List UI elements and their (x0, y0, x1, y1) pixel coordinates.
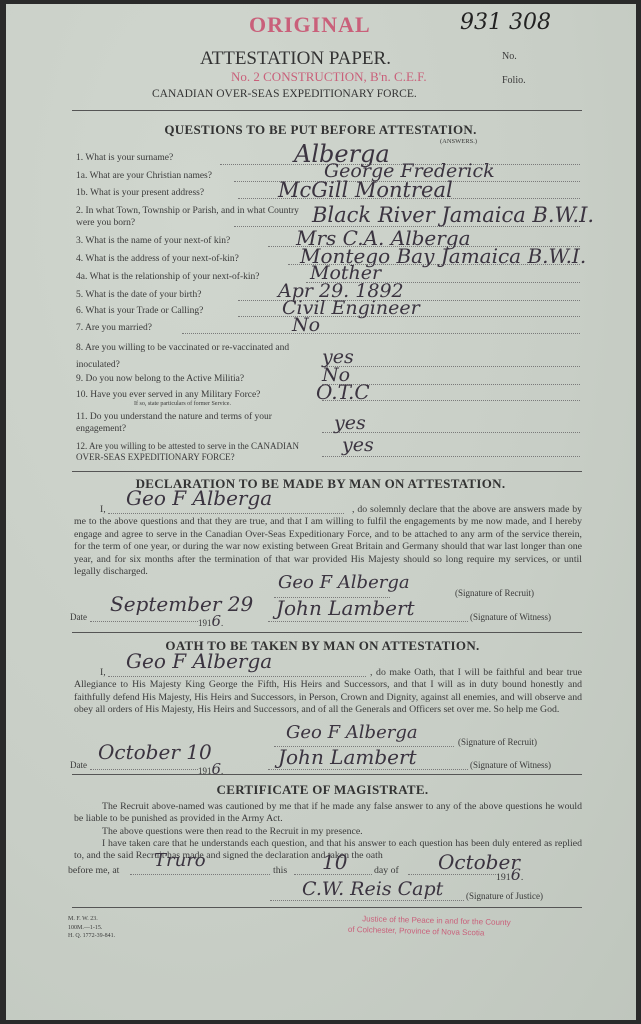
signature-line (270, 900, 464, 901)
certificate-day: 10 (322, 850, 347, 874)
declaration-text: , do solemnly declare that the above are… (74, 504, 582, 578)
answer-line (322, 456, 580, 457)
answer-present-address: McGill Montreal (278, 178, 453, 202)
no-label: No. (502, 51, 517, 62)
form-code-2: 100M.—1-15. (68, 924, 115, 933)
place-line (130, 874, 270, 875)
question-3: 3. What is the name of your next-of kin? (76, 236, 230, 246)
signature-line (268, 769, 468, 770)
signature-line (268, 621, 468, 622)
question-4: 4. What is the address of your next-of-k… (76, 254, 239, 264)
attestation-paper: ORIGINAL 931 308 ATTESTATION PAPER. No. … (6, 4, 636, 1020)
question-6: 6. What is your Trade or Calling? (76, 306, 203, 316)
oath-witness-signature: John Lambert (278, 745, 417, 769)
question-9: 9. Do you now belong to the Active Milit… (76, 374, 244, 384)
unit-stamp: No. 2 CONSTRUCTION, B'n. C.E.F. (231, 69, 427, 85)
divider (72, 632, 582, 633)
answer-understand-terms: yes (334, 412, 366, 434)
oath-recruit-signature: Geo F Alberga (286, 722, 418, 743)
day-of-label: day of (374, 865, 399, 876)
justice-signature-label: (Signature of Justice) (466, 891, 543, 901)
question-1: 1. What is your surname? (76, 153, 173, 163)
form-code-1: M. F. W. 23. (68, 915, 115, 924)
questions-section-title: QUESTIONS TO BE PUT BEFORE ATTESTATION. (0, 122, 641, 138)
oath-date: October 10 (98, 740, 212, 764)
form-title: ATTESTATION PAPER. (200, 48, 391, 70)
day-line (294, 874, 372, 875)
this-label: this (273, 865, 287, 876)
oath-year: 1916. (198, 760, 223, 778)
oath-recruit-signature-label: (Signature of Recruit) (458, 737, 537, 747)
declaration-title: DECLARATION TO BE MADE BY MAN ON ATTESTA… (0, 476, 641, 492)
date-line (90, 621, 198, 622)
certificate-title: CERTIFICATE OF MAGISTRATE. (2, 782, 641, 798)
form-subtitle: CANADIAN OVER-SEAS EXPEDITIONARY FORCE. (152, 88, 417, 100)
answer-birthplace: Black River Jamaica B.W.I. (312, 203, 594, 227)
declaration-date-label: Date (70, 612, 87, 622)
question-7: 7. Are you married? (76, 323, 152, 333)
question-8: 8. Are you willing to be vaccinated or r… (76, 340, 316, 374)
oath-title: OATH TO BE TAKEN BY MAN ON ATTESTATION. (2, 638, 641, 654)
recruit-signature-label: (Signature of Recruit) (455, 588, 534, 598)
question-10: 10. Have you ever served in any Military… (76, 390, 260, 400)
divider (72, 110, 582, 111)
divider (72, 774, 582, 775)
original-stamp: ORIGINAL (249, 12, 371, 38)
question-10-note: If so, state particulars of former Servi… (134, 401, 231, 407)
declaration-witness-signature: John Lambert (276, 596, 415, 620)
answer-line (182, 333, 580, 334)
question-12: 12. Are you willing to be attested to se… (76, 441, 312, 463)
declaration-recruit-signature: Geo F Alberga (278, 572, 410, 593)
month-line (408, 874, 496, 875)
form-codes: M. F. W. 23. 100M.—1-15. H. Q. 1772-39-8… (68, 915, 115, 941)
certificate-para-2: The above questions were then read to th… (74, 826, 582, 838)
regimental-number: 931 308 (460, 10, 551, 35)
question-11: 11. Do you understand the nature and ter… (76, 411, 316, 435)
divider (72, 907, 582, 908)
answers-label: (ANSWERS.) (440, 138, 477, 145)
question-5: 5. What is the date of your birth? (76, 290, 201, 300)
declaration-date: September 29 (110, 592, 253, 616)
oath-text: , do make Oath, that I will be faithful … (74, 667, 582, 717)
justice-signature: C.W. Reis Capt (302, 878, 443, 900)
form-code-3: H. Q. 1772-39-841. (68, 932, 115, 941)
folio-label: Folio. (502, 75, 526, 86)
oath-date-label: Date (70, 760, 87, 770)
answer-line (322, 366, 580, 367)
answer-married: No (292, 314, 320, 336)
oath-witness-signature-label: (Signature of Witness) (470, 760, 551, 770)
certificate-year: 1916. (496, 865, 523, 884)
before-me-label: before me, at (68, 865, 119, 876)
answer-willing-to-serve: yes (342, 434, 374, 456)
question-1a: 1a. What are your Christian names? (76, 171, 212, 181)
question-4a: 4a. What is the relationship of your nex… (76, 272, 259, 282)
question-1b: 1b. What is your present address? (76, 188, 204, 198)
answer-military-service: O.T.C (316, 380, 370, 404)
divider (72, 471, 582, 472)
witness-signature-label: (Signature of Witness) (470, 612, 551, 622)
declaration-year: 1916. (198, 612, 223, 630)
date-line (90, 769, 198, 770)
certificate-para-1: The Recruit above-named was cautioned by… (74, 801, 582, 826)
certificate-place: Truro (154, 850, 206, 871)
justice-stamp: Justice of the Peace in and for the Coun… (348, 913, 511, 939)
